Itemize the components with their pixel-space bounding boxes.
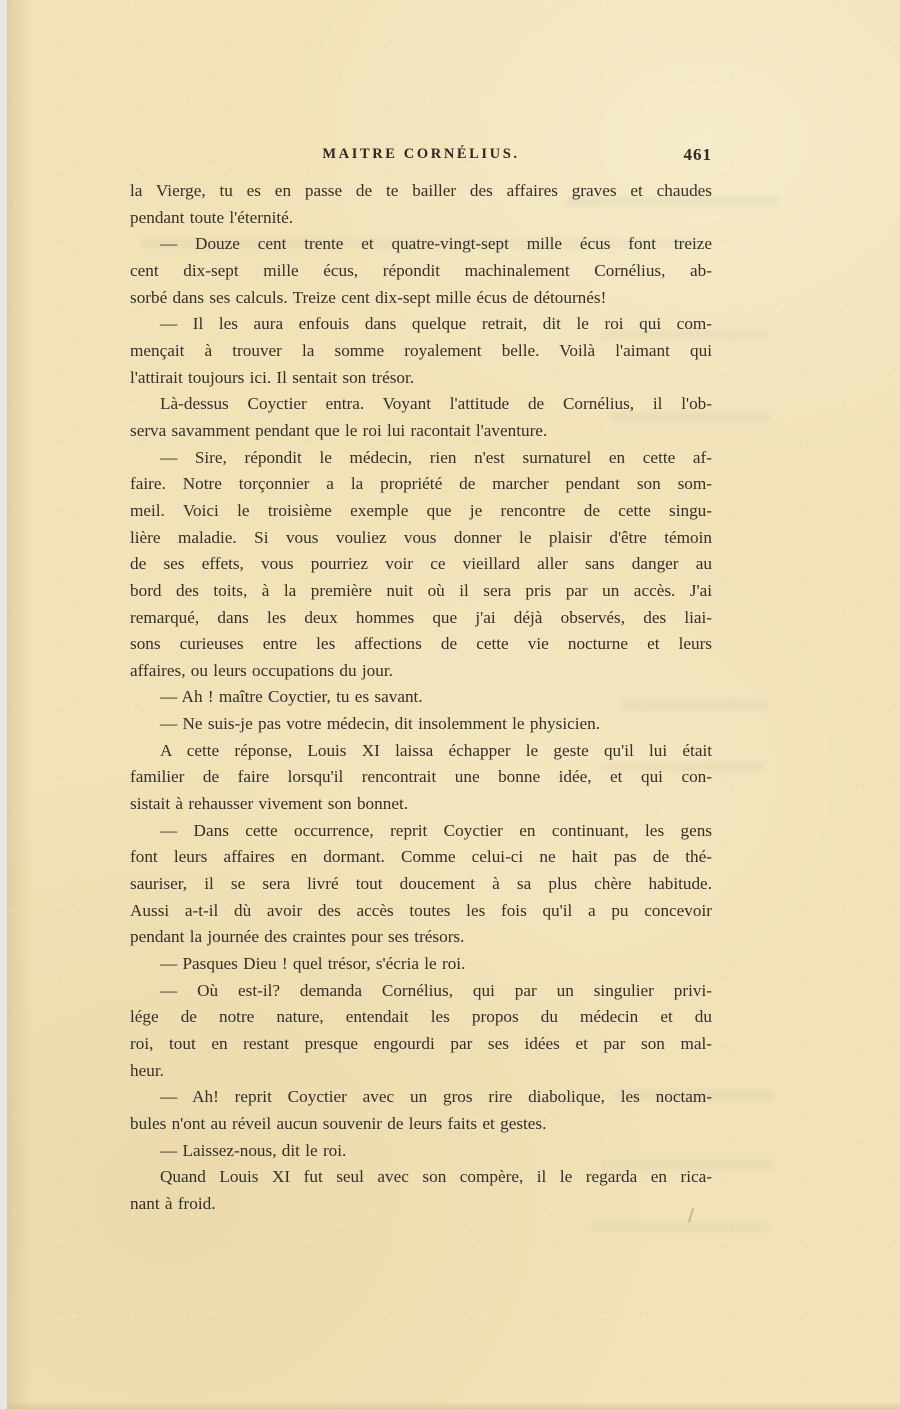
text-line: — Laissez-nous, dit le roi. — [130, 1138, 712, 1165]
text-line: heur. — [130, 1058, 712, 1085]
text-line: de ses effets, vous pourriez voir ce vie… — [130, 551, 712, 578]
page-number: 461 — [684, 145, 713, 165]
text-line: — Ne suis-je pas votre médecin, dit inso… — [130, 711, 712, 738]
text-line: meil. Voici le troisième exemple que je … — [130, 498, 712, 525]
text-line: — Il les aura enfouis dans quelque retra… — [130, 311, 712, 338]
text-line: l'attirait toujours ici. Il sentait son … — [130, 365, 712, 392]
text-line: lége de notre nature, entendait les prop… — [130, 1004, 712, 1031]
text-line: font leurs affaires en dormant. Comme ce… — [130, 844, 712, 871]
text-line: — Où est-il? demanda Cornélius, qui par … — [130, 978, 712, 1005]
text-line: — Dans cette occurrence, reprit Coyctier… — [130, 818, 712, 845]
text-line: sons curieuses entre les affections de c… — [130, 631, 712, 658]
text-line: faire. Notre torçonnier a la propriété d… — [130, 471, 712, 498]
text-line: — Douze cent trente et quatre-vingt-sept… — [130, 231, 712, 258]
text-line: remarqué, dans les deux hommes que j'ai … — [130, 605, 712, 632]
text-line: bord des toits, à la première nuit où il… — [130, 578, 712, 605]
page-header: MAITRE CORNÉLIUS. 461 — [130, 146, 712, 170]
text-block: la Vierge, tu es en passe de te bailler … — [130, 178, 712, 1218]
text-line: roi, tout en restant presque engourdi pa… — [130, 1031, 712, 1058]
text-line: — Sire, répondit le médecin, rien n'est … — [130, 445, 712, 472]
text-line: Là-dessus Coyctier entra. Voyant l'attit… — [130, 391, 712, 418]
page-background: { "page": { "header": { "title": "MAITRE… — [0, 0, 900, 1409]
text-line: la Vierge, tu es en passe de te bailler … — [130, 178, 712, 205]
text-line: — Pasques Dieu ! quel trésor, s'écria le… — [130, 951, 712, 978]
text-line: serva savamment pendant que le roi lui r… — [130, 418, 712, 445]
text-line: sistait à rehausser vivement son bonnet. — [130, 791, 712, 818]
text-line: — Ah ! maître Coyctier, tu es savant. — [130, 684, 712, 711]
text-line: pendant toute l'éternité. — [130, 205, 712, 232]
text-line: A cette réponse, Louis XI laissa échappe… — [130, 738, 712, 765]
text-line: bules n'ont au réveil aucun souvenir de … — [130, 1111, 712, 1138]
text-line: pendant la journée des craintes pour ses… — [130, 924, 712, 951]
text-line: Aussi a-t-il dù avoir des accès toutes l… — [130, 898, 712, 925]
text-line: cent dix-sept mille écus, répondit machi… — [130, 258, 712, 285]
text-line: lière maladie. Si vous vouliez vous donn… — [130, 525, 712, 552]
text-line: familier de faire lorsqu'il rencontrait … — [130, 764, 712, 791]
text-line: — Ah! reprit Coyctier avec un gros rire … — [130, 1084, 712, 1111]
text-line: mençait à trouver la somme royalement be… — [130, 338, 712, 365]
text-line: sauriser, il se sera livré tout doucemen… — [130, 871, 712, 898]
text-line: Quand Louis XI fut seul avec son compère… — [130, 1164, 712, 1191]
text-line: sorbé dans ses calculs. Treize cent dix-… — [130, 285, 712, 312]
text-line: nant à froid. — [130, 1191, 712, 1218]
text-line: affaires, ou leurs occupations du jour. — [130, 658, 712, 685]
page-title: MAITRE CORNÉLIUS. — [130, 146, 712, 163]
